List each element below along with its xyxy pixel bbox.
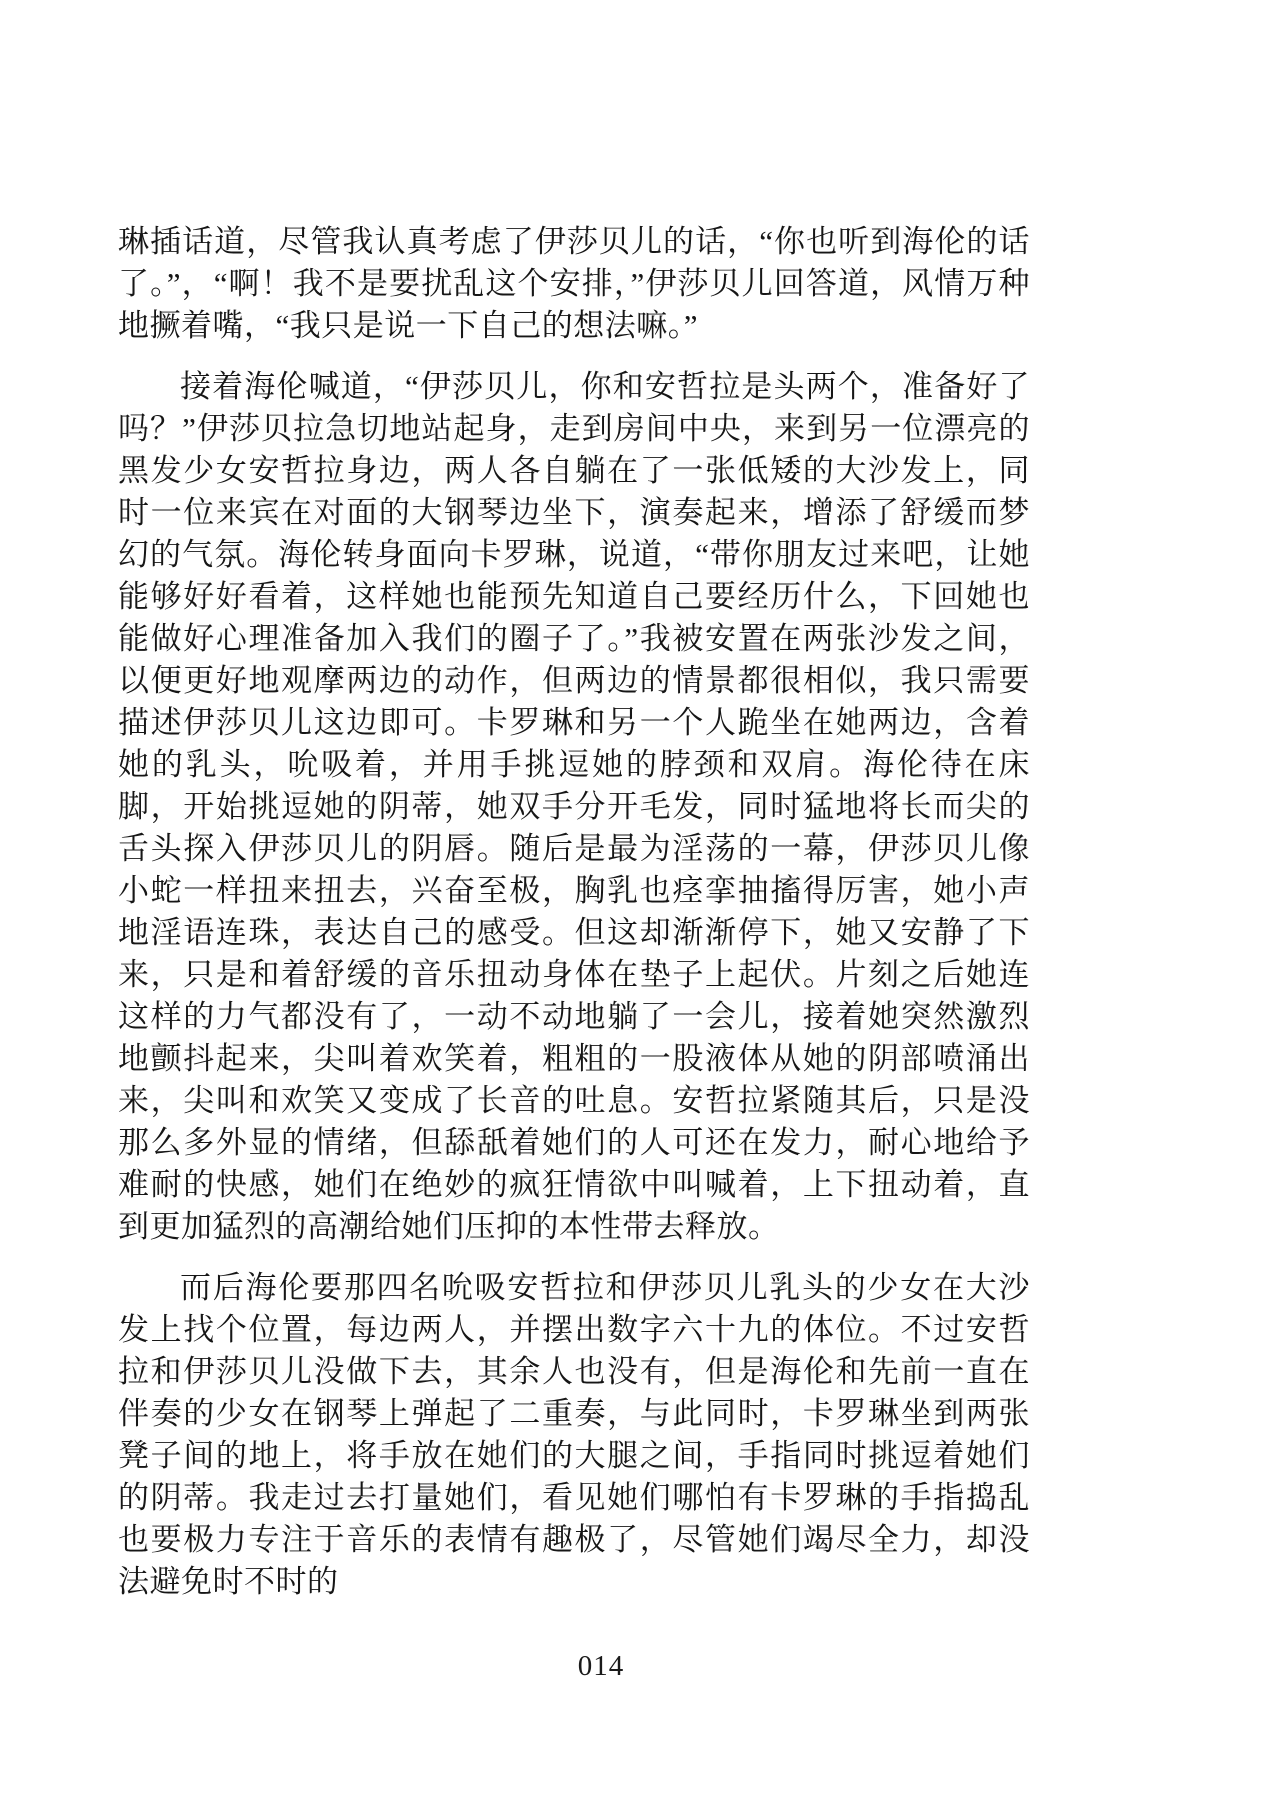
paragraph-2: 接着海伦喊道，“伊莎贝儿，你和安哲拉是头两个，准备好了吗？”伊莎贝拉急切地站起身… <box>118 366 1030 1248</box>
paragraph-continuation: 琳插话道，尽管我认真考虑了伊莎贝儿的话，“你也听到海伦的话了。”，“啊！我不是要… <box>118 221 1030 347</box>
page-number: 014 <box>578 1648 625 1684</box>
paragraph-3: 而后海伦要那四名吮吸安哲拉和伊莎贝儿乳头的少女在大沙发上找个位置，每边两人，并摆… <box>118 1267 1030 1603</box>
body-text: 琳插话道，尽管我认真考虑了伊莎贝儿的话，“你也听到海伦的话了。”，“啊！我不是要… <box>118 221 1030 1622</box>
book-page: 琳插话道，尽管我认真考虑了伊莎贝儿的话，“你也听到海伦的话了。”，“啊！我不是要… <box>0 0 1280 1816</box>
